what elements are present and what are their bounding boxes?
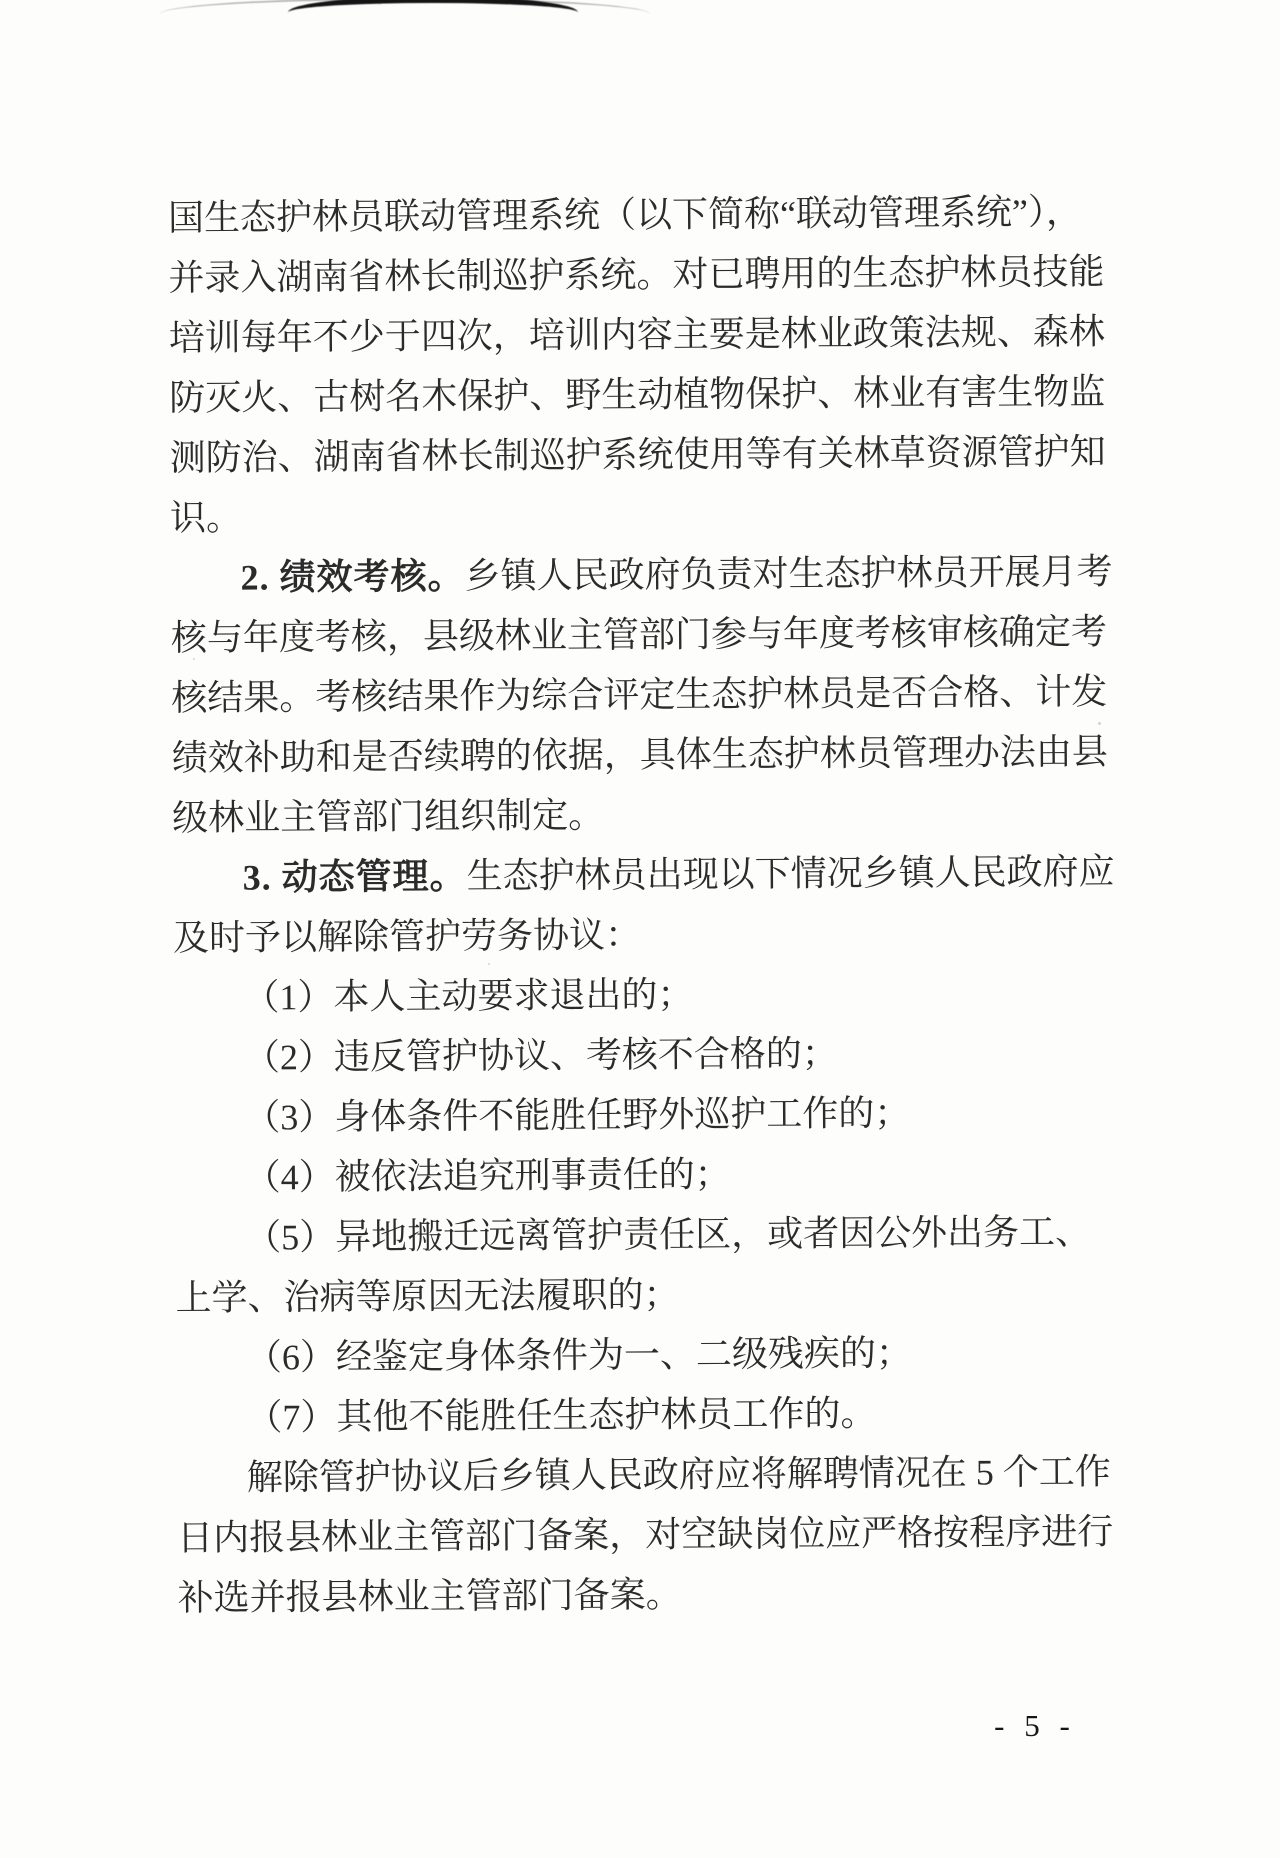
text-line: 上学、治病等原因无法履职的； [175, 1262, 1113, 1329]
text-line: 日内报县林业主管部门备案，对空缺岗位应严格按程序进行 [177, 1502, 1115, 1569]
text-line-content: 核结果。考核结果作为综合评定生态护林员是否合格、计发 [171, 672, 1107, 719]
text-line: 解除管护协议后乡镇人民政府应将解聘情况在 5 个工作 [177, 1442, 1115, 1509]
text-line: 培训每年不少于四次，培训内容主要是林业政策法规、森林 [169, 302, 1107, 369]
text-line-content: 及时予以解除管护劳务协议： [173, 915, 641, 958]
text-line-content: 上学、治病等原因无法履职的； [175, 1275, 679, 1319]
text-line: （7）其他不能胜任生态护林员工作的。 [176, 1382, 1114, 1449]
text-line-content: 国生态护林员联动管理系统（以下简称“联动管理系统”）， [168, 192, 1082, 238]
text-line-content: 日内报县林业主管部门备案，对空缺岗位应严格按程序进行 [177, 1512, 1113, 1559]
text-line: 识。 [170, 482, 1108, 549]
text-line-content: 补选并报县林业主管部门备案。 [177, 1575, 681, 1619]
text-line-content: 级林业主管部门组织制定。 [172, 795, 604, 838]
text-line: （6）经鉴定身体条件为一、二级残疾的； [176, 1322, 1114, 1389]
text-line: 补选并报县林业主管部门备案。 [177, 1562, 1115, 1629]
text-line-content: （4）被依法追究刑事责任的； [245, 1154, 731, 1197]
text-line: 核结果。考核结果作为综合评定生态护林员是否合格、计发 [171, 662, 1109, 729]
text-line: 并录入湖南省林长制巡护系统。对已聘用的生态护林员技能 [168, 242, 1106, 309]
text-line-content: （1）本人主动要求退出的； [243, 974, 693, 1017]
text-line-content: （2）违反管护协议、考核不合格的； [244, 1033, 838, 1077]
text-line: （1）本人主动要求退出的； [173, 962, 1111, 1029]
text-line-content: 并录入湖南省林长制巡护系统。对已聘用的生态护林员技能 [168, 252, 1104, 299]
text-line-content: （7）其他不能胜任生态护林员工作的。 [246, 1393, 876, 1437]
text-line: 测防治、湖南省林长制巡护系统使用等有关林草资源管护知 [169, 422, 1107, 489]
text-line-content: （5）异地搬迁远离管护责任区，或者因公外出务工、 [245, 1212, 1091, 1258]
text-line-content: 解除管护协议后乡镇人民政府应将解聘情况在 5 个工作 [247, 1452, 1111, 1498]
text-line-content: 乡镇人民政府负责对生态护林员开展月考 [464, 552, 1112, 597]
text-line-content: 识。 [170, 498, 242, 539]
text-line: 绩效补助和是否续聘的依据，具体生态护林员管理办法由县 [172, 722, 1110, 789]
text-line-content: 绩效补助和是否续聘的依据，具体生态护林员管理办法由县 [172, 732, 1108, 779]
page-number: - 5 - [960, 1708, 1110, 1744]
text-line: 及时予以解除管护劳务协议： [173, 902, 1111, 969]
paragraph-number-heading: 2. 绩效考核。 [240, 556, 464, 598]
text-line: 核与年度考核，县级林业主管部门参与年度考核审核确定考 [171, 602, 1109, 669]
text-line: （5）异地搬迁远离管护责任区，或者因公外出务工、 [175, 1202, 1113, 1269]
text-line-content: 培训每年不少于四次，培训内容主要是林业政策法规、森林 [169, 312, 1105, 359]
text-line: 3. 动态管理。生态护林员出现以下情况乡镇人民政府应 [172, 842, 1110, 909]
text-line: （4）被依法追究刑事责任的； [174, 1142, 1112, 1209]
text-line: 2. 绩效考核。乡镇人民政府负责对生态护林员开展月考 [170, 542, 1108, 609]
text-line: 防灭火、古树名木保护、野生动植物保护、林业有害生物监 [169, 362, 1107, 429]
text-line-content: 核与年度考核，县级林业主管部门参与年度考核审核确定考 [171, 612, 1107, 659]
document-page: 国生态护林员联动管理系统（以下简称“联动管理系统”）， 并录入湖南省林长制巡护系… [0, 0, 1280, 1858]
text-line-content: （3）身体条件不能胜任野外巡护工作的； [244, 1093, 910, 1138]
text-line: 级林业主管部门组织制定。 [172, 782, 1110, 849]
text-line: 国生态护林员联动管理系统（以下简称“联动管理系统”）， [168, 182, 1106, 249]
text-line: （3）身体条件不能胜任野外巡护工作的； [174, 1082, 1112, 1149]
paragraph-number-heading: 3. 动态管理。 [242, 856, 466, 898]
text-line-content: （6）经鉴定身体条件为一、二级残疾的； [246, 1333, 912, 1378]
text-line-content: 生态护林员出现以下情况乡镇人民政府应 [466, 852, 1114, 897]
document-body: 国生态护林员联动管理系统（以下简称“联动管理系统”）， 并录入湖南省林长制巡护系… [168, 182, 1116, 1629]
text-line-content: 测防治、湖南省林长制巡护系统使用等有关林草资源管护知 [170, 432, 1106, 479]
text-line-content: 防灭火、古树名木保护、野生动植物保护、林业有害生物监 [169, 372, 1105, 419]
text-line: （2）违反管护协议、考核不合格的； [174, 1022, 1112, 1089]
